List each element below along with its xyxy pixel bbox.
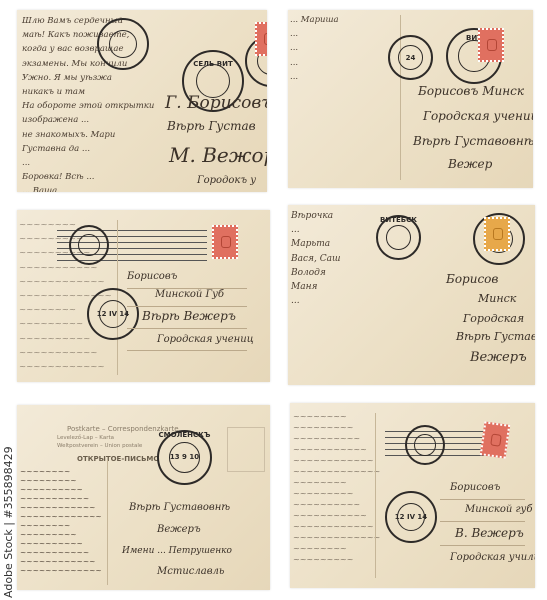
address-line: М. Вежор xyxy=(169,145,267,165)
postmark: 24 xyxy=(388,35,433,80)
address-line: Борисовъ Минск xyxy=(418,85,524,97)
address-line: Борисовъ xyxy=(127,272,177,282)
address-line: Вѣрѣ Вежеръ xyxy=(142,310,236,322)
stock-watermark: Adobe Stock | #355898429 xyxy=(2,446,15,598)
postmark: 12 IV 14 xyxy=(87,288,139,340)
address-line: Минской Губ xyxy=(155,290,224,300)
postcard-top-left: Шлю Вамъ сердечный маѣ! Какъ поживаете, … xyxy=(17,10,267,192)
address-line: Борисовъ xyxy=(450,483,500,493)
postcard-middle-right: Вѣрочка ... Марьта Вася, Саш Володя Маня… xyxy=(288,205,535,385)
address-line: Вежеръ xyxy=(157,525,201,535)
address-line: Вѣрѣ Густав xyxy=(167,120,256,132)
postmark xyxy=(97,18,149,70)
address-line: Вѣрѣ Густав xyxy=(456,331,535,342)
postcard-message: ~~~~~~~~ ~~~~~~~~~ ~~~~~~~~~~ ~~~~~~~~~~… xyxy=(293,411,380,565)
postmark xyxy=(405,425,445,465)
postage-stamp xyxy=(255,22,267,56)
postmark: 12 IV 14 xyxy=(385,491,437,543)
postcard-bottom-left: Postkarte – Correspondenzkarte Levelező-… xyxy=(17,405,270,590)
address-line: Борисов xyxy=(446,273,498,285)
postcard-message: ~~~~~~~~ ~~~~~~~~~ ~~~~~~~~~~ ~~~~~~~~~~… xyxy=(20,467,102,575)
printed-header: ОТКРЫТОЕ-ПИСЬМО xyxy=(77,455,159,463)
postmark xyxy=(69,225,109,265)
postage-stamp xyxy=(212,225,238,259)
address-line: Мстиславль xyxy=(157,567,224,577)
address-line: Г. Борисовъ xyxy=(165,95,267,112)
address-line: В. Вежеръ xyxy=(455,527,524,539)
postcard-message: ... Мариша ... ... ... ... xyxy=(290,13,339,84)
address-line: Городская училищ xyxy=(450,553,535,563)
address-line: Вежеръ xyxy=(470,351,527,364)
postcard-top-right: ... Мариша ... ... ... ... 24 ВИТ Борисо… xyxy=(288,10,533,188)
postage-stamp xyxy=(480,421,510,458)
postmark: ВИТЕБСК xyxy=(376,215,421,260)
postcard-middle-left: ~~~~~~~~ ~~~~~~~~~ ~~~~~~~~~~ ~~~~~~~~~~… xyxy=(17,210,270,382)
address-line: Вежер xyxy=(448,158,492,170)
postcard-bottom-right: ~~~~~~~~ ~~~~~~~~~ ~~~~~~~~~~ ~~~~~~~~~~… xyxy=(290,403,535,588)
address-line: Минской губ xyxy=(465,505,532,515)
address-line: Городская учениц xyxy=(157,335,254,345)
stamp-box xyxy=(227,427,265,472)
postage-stamp xyxy=(478,28,504,62)
postage-stamp xyxy=(484,217,510,251)
postmark: 13 9 10СМОЛЕНСКЪ xyxy=(157,430,212,485)
address-line: Городская учениц xyxy=(423,110,533,122)
printed-header: Levelező-Lap – Karta xyxy=(57,435,114,441)
address-line: Городская xyxy=(463,313,524,324)
address-line: Вѣрѣ Густавовнѣ xyxy=(413,135,533,147)
postcard-message: Вѣрочка ... Марьта Вася, Саш Володя Маня… xyxy=(291,209,340,308)
address-line: Минск xyxy=(478,293,516,304)
address-line: Имени ... Петрушенко xyxy=(122,547,232,556)
address-line: Вѣрѣ Густавовнѣ xyxy=(129,503,230,513)
printed-header: Weltpostverein – Union postale xyxy=(57,443,142,449)
address-line: Городокъ у xyxy=(197,176,256,186)
